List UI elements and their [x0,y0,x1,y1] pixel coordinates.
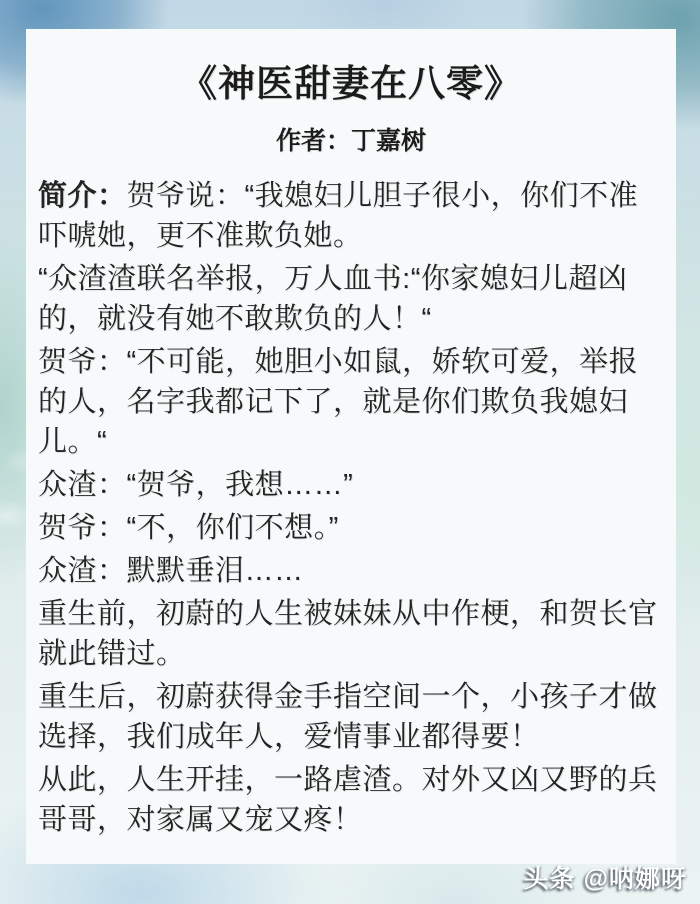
synopsis-paragraph-4: 众渣：“贺爷，我想……” [38,465,664,505]
synopsis-paragraph-3: 贺爷：“不可能，她胆小如鼠，娇软可爱，举报的人，名字我都记下了，就是你们欺负我媳… [38,342,664,462]
author-line: 作者：丁嘉树 [38,121,664,157]
synopsis-paragraph-1-text: 贺爷说：“我媳妇儿胆子很小，你们不准吓唬她，更不准欺负她。 [38,180,638,252]
synopsis-label: 简介： [38,180,127,212]
synopsis-paragraph-7: 重生前，初蔚的人生被妹妹从中作梗，和贺长官就此错过。 [38,594,664,674]
book-title: 《神医甜妻在八零》 [38,53,664,107]
synopsis: 简介：贺爷说：“我媳妇儿胆子很小，你们不准吓唬她，更不准欺负她。 “众渣渣联名举… [38,176,664,840]
synopsis-paragraph-5: 贺爷：“不，你们不想。” [38,508,664,548]
watercolor-background: 《神医甜妻在八零》 作者：丁嘉树 简介：贺爷说：“我媳妇儿胆子很小，你们不准吓唬… [0,0,700,904]
book-intro-card: 《神医甜妻在八零》 作者：丁嘉树 简介：贺爷说：“我媳妇儿胆子很小，你们不准吓唬… [26,29,676,864]
synopsis-paragraph-9: 从此，人生开挂，一路虐渣。对外又凶又野的兵哥哥，对家属又宠又疼！ [38,760,664,840]
watermark: 头条 @呐娜呀 [524,859,687,895]
synopsis-paragraph-6: 众渣：默默垂泪…… [38,551,664,591]
synopsis-paragraph-1: 简介：贺爷说：“我媳妇儿胆子很小，你们不准吓唬她，更不准欺负她。 [38,176,664,256]
page: { "header": { "title": "《神医甜妻在八零》", "aut… [0,0,700,904]
synopsis-paragraph-8: 重生后，初蔚获得金手指空间一个，小孩子才做选择，我们成年人，爱情事业都得要！ [38,677,664,757]
synopsis-paragraph-2: “众渣渣联名举报，万人血书:“你家媳妇儿超凶的，就没有她不敢欺负的人！“ [38,259,664,339]
